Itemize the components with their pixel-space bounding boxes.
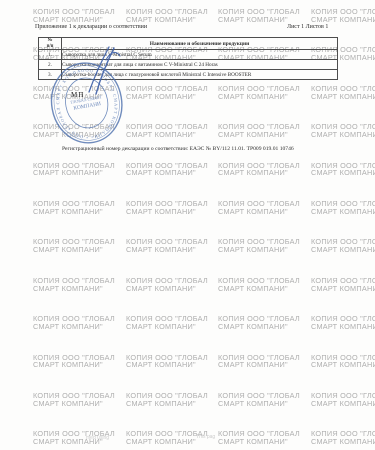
watermark-text: КОПИЯ ООО "ГЛОБАЛСМАРТ КОМПАНИ" <box>311 354 375 369</box>
watermark-text: КОПИЯ ООО "ГЛОБАЛСМАРТ КОМПАНИ" <box>126 315 218 330</box>
watermark-text: КОПИЯ ООО "ГЛОБАЛСМАРТ КОМПАНИ" <box>311 85 375 100</box>
watermark-text: КОПИЯ ООО "ГЛОБАЛСМАРТ КОМПАНИ" <box>126 392 218 407</box>
watermark-text: КОПИЯ ООО "ГЛОБАЛСМАРТ КОМПАНИ" <box>218 277 310 292</box>
watermark-text: КОПИЯ ООО "ГЛОБАЛСМАРТ КОМПАНИ" <box>126 238 218 253</box>
watermark-text: КОПИЯ ООО "ГЛОБАЛСМАРТ КОМПАНИ" <box>311 392 375 407</box>
annex-title: Приложение 1 к декларации о соответствии <box>35 24 147 30</box>
document-page: КОПИЯ ООО "ГЛОБАЛСМАРТ КОМПАНИ"КОПИЯ ООО… <box>0 0 375 450</box>
watermark-text: КОПИЯ ООО "ГЛОБАЛСМАРТ КОМПАНИ" <box>33 277 125 292</box>
watermark-text: КОПИЯ ООО "ГЛОБАЛСМАРТ КОМПАНИ" <box>218 85 310 100</box>
watermark-text: КОПИЯ ООО "ГЛОБАЛСМАРТ КОМПАНИ" <box>33 430 125 445</box>
watermark-text: КОПИЯ ООО "ГЛОБАЛСМАРТ КОМПАНИ" <box>33 200 125 215</box>
watermark-text: КОПИЯ ООО "ГЛОБАЛСМАРТ КОМПАНИ" <box>126 200 218 215</box>
watermark-text: КОПИЯ ООО "ГЛОБАЛСМАРТ КОМПАНИ" <box>218 392 310 407</box>
watermark-text: КОПИЯ ООО "ГЛОБАЛСМАРТ КОМПАНИ" <box>311 200 375 215</box>
watermark-text: КОПИЯ ООО "ГЛОБАЛСМАРТ КОМПАНИ" <box>218 430 310 445</box>
watermark-text: КОПИЯ ООО "ГЛОБАЛСМАРТ КОМПАНИ" <box>218 162 310 177</box>
watermark-text: КОПИЯ ООО "ГЛОБАЛСМАРТ КОМПАНИ" <box>33 392 125 407</box>
watermark-text: КОПИЯ ООО "ГЛОБАЛСМАРТ КОМПАНИ" <box>218 315 310 330</box>
faint-footer-fragment-right: This pag <box>196 434 215 440</box>
watermark-text: КОПИЯ ООО "ГЛОБАЛСМАРТ КОМПАНИ" <box>311 8 375 23</box>
watermark-text: КОПИЯ ООО "ГЛОБАЛСМАРТ КОМПАНИ" <box>33 354 125 369</box>
watermark-text: КОПИЯ ООО "ГЛОБАЛСМАРТ КОМПАНИ" <box>311 238 375 253</box>
watermark-text: КОПИЯ ООО "ГЛОБАЛСМАРТ КОМПАНИ" <box>33 315 125 330</box>
watermark-text: КОПИЯ ООО "ГЛОБАЛСМАРТ КОМПАНИ" <box>218 8 310 23</box>
watermark-text: КОПИЯ ООО "ГЛОБАЛСМАРТ КОМПАНИ" <box>33 162 125 177</box>
watermark-text: КОПИЯ ООО "ГЛОБАЛСМАРТ КОМПАНИ" <box>33 8 125 23</box>
watermark-text: КОПИЯ ООО "ГЛОБАЛСМАРТ КОМПАНИ" <box>311 123 375 138</box>
watermark-text: КОПИЯ ООО "ГЛОБАЛСМАРТ КОМПАНИ" <box>311 430 375 445</box>
watermark-text: КОПИЯ ООО "ГЛОБАЛСМАРТ КОМПАНИ" <box>218 238 310 253</box>
faint-footer-fragment-left: med using <box>86 435 109 441</box>
watermark-text: КОПИЯ ООО "ГЛОБАЛСМАРТ КОМПАНИ" <box>218 354 310 369</box>
watermark-text: КОПИЯ ООО "ГЛОБАЛСМАРТ КОМПАНИ" <box>126 162 218 177</box>
watermark-text: КОПИЯ ООО "ГЛОБАЛСМАРТ КОМПАНИ" <box>218 123 310 138</box>
column-header-number: № п/п <box>39 38 62 50</box>
watermark-text: КОПИЯ ООО "ГЛОБАЛСМАРТ КОМПАНИ" <box>218 200 310 215</box>
watermark-text: КОПИЯ ООО "ГЛОБАЛСМАРТ КОМПАНИ" <box>126 8 218 23</box>
watermark-text: КОПИЯ ООО "ГЛОБАЛСМАРТ КОМПАНИ" <box>33 238 125 253</box>
watermark-text: КОПИЯ ООО "ГЛОБАЛСМАРТ КОМПАНИ" <box>126 277 218 292</box>
watermark-text: КОПИЯ ООО "ГЛОБАЛСМАРТ КОМПАНИ" <box>311 315 375 330</box>
watermark-text: КОПИЯ ООО "ГЛОБАЛСМАРТ КОМПАНИ" <box>311 162 375 177</box>
signature-strokes <box>84 40 128 98</box>
watermark-text: КОПИЯ ООО "ГЛОБАЛСМАРТ КОМПАНИ" <box>126 85 218 100</box>
watermark-text: КОПИЯ ООО "ГЛОБАЛСМАРТ КОМПАНИ" <box>311 277 375 292</box>
sheet-counter: Лист 1 Листов 1 <box>287 24 328 30</box>
watermark-text: КОПИЯ ООО "ГЛОБАЛСМАРТ КОМПАНИ" <box>126 354 218 369</box>
